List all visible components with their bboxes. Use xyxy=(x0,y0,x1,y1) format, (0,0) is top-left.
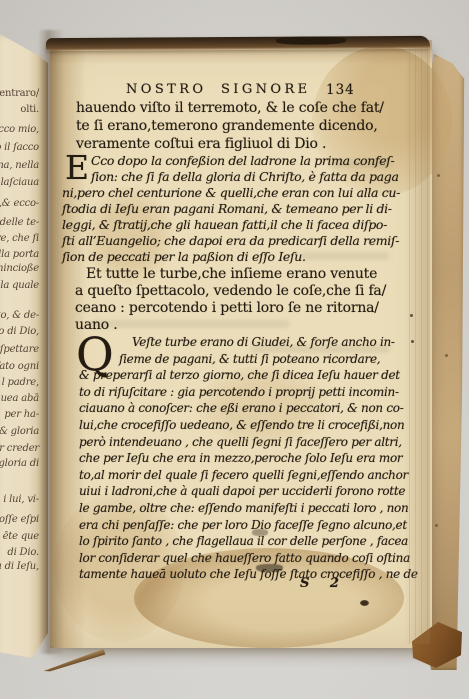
verso-fragment: della quale xyxy=(0,280,39,291)
verso-fragment: i lui, vi- xyxy=(3,494,39,505)
verso-fragment: n laſciaua xyxy=(0,177,39,188)
text-line: uano . xyxy=(75,317,386,334)
text-line: Cco dopo la confeßion del ladrone la pri… xyxy=(62,153,400,169)
signature-mark: S 2 xyxy=(300,576,340,591)
text-line: to,al morir del quale ſi fecero quelli ſ… xyxy=(79,467,418,484)
text-line: ciauano à conoſcer: che eßi erano i pecc… xyxy=(79,400,418,417)
verso-fragment: olti. xyxy=(20,104,39,115)
verso-fragment: o il ſacco xyxy=(0,142,39,153)
text-line: le gambe, oltre che: eſſendo manifeſti i… xyxy=(79,500,418,517)
speck xyxy=(435,524,438,527)
verso-fragment: di Dio. xyxy=(7,547,39,558)
verso-fragment: aſpettare xyxy=(0,344,39,355)
text-line: to di riſuſcitare : gia percotendo i pro… xyxy=(79,384,418,401)
text-line: Et tutte le turbe,che inſieme erano venu… xyxy=(75,266,386,283)
verso-fragment: per ha- xyxy=(4,409,39,420)
paragraph: Cco dopo la confeßion del ladrone la pri… xyxy=(62,153,400,265)
text-line: però intendeuano , che quelli ſegni ſi f… xyxy=(79,434,418,451)
facing-page-edge: entraro/ olti. ſacco mio, o il ſacco ona… xyxy=(0,28,48,658)
speck xyxy=(437,174,440,177)
text-line: te ſi erano,temerono grandemente dicendo… xyxy=(76,117,384,135)
text-line: veramente coſtui era figliuol di Dio . xyxy=(76,135,384,153)
verso-fragment: ſacco mio, xyxy=(0,124,39,135)
text-line: lor conſiderar quel che haueſſero fatto … xyxy=(79,550,418,567)
text-line: che per Ieſu che era in mezzo,peroche ſo… xyxy=(79,450,418,467)
page-text: NOSTRO SIGNORE 134 hauendo viſto il terr… xyxy=(50,40,432,648)
text-line: tamente haueā uoluto che Ieſu foſſe ſtat… xyxy=(79,566,418,583)
verso-fragment: ſſato ogni xyxy=(0,361,39,372)
text-line: a queſto ſpettacolo, vedendo le coſe,che… xyxy=(75,283,386,300)
verso-fragment: per creder xyxy=(0,443,39,454)
text-line: ceano : percotendo i petti loro ſe ne ri… xyxy=(75,300,386,317)
verso-fragment: ona, nella xyxy=(0,160,39,171)
verso-fragment: l padre, xyxy=(2,377,39,388)
verso-fragment: entraro/ xyxy=(0,88,39,99)
verso-fragment: à gloria di xyxy=(0,458,39,469)
text-line: Veſte turbe erano di Giudei, & forſe anc… xyxy=(79,334,418,351)
verso-fragment: olo di Dio, xyxy=(0,326,39,337)
verso-fragment: oſſe eſpi xyxy=(0,514,39,525)
text-line: ſtodia di Ieſu eran pagani Romani, & tem… xyxy=(62,201,400,217)
verso-fragment: dalla porta xyxy=(0,249,39,260)
running-header: NOSTRO SIGNORE xyxy=(126,82,311,97)
text-line: ſion de peccati per la paßion di eſſo Ie… xyxy=(62,249,400,265)
verso-fragment: comincioße xyxy=(0,263,39,274)
book-page: NOSTRO SIGNORE 134 hauendo viſto il terr… xyxy=(50,40,432,648)
paragraph: Et tutte le turbe,che inſieme erano venu… xyxy=(75,266,386,334)
text-line: lo ſpirito ſanto , che flagellaua il cor… xyxy=(79,533,418,550)
fiber-twig xyxy=(43,649,106,673)
book-top-edge xyxy=(46,36,430,51)
paragraph: Veſte turbe erano di Giudei, & forſe anc… xyxy=(79,334,418,583)
verso-fragment: ia di Ieſu, xyxy=(0,561,39,572)
text-line: ſieme de pagani, & tutti ſi poteano rico… xyxy=(79,351,418,368)
text-line: lui,che crocefiſſo uedeano, & eſſendo tr… xyxy=(79,417,418,434)
verso-fragment: & gloria xyxy=(0,426,39,437)
verso-fragment: ēte que xyxy=(3,531,39,542)
verso-fragment: tre, che ſi xyxy=(0,233,39,244)
text-line: ſion: che ſi fa della gloria di Chriſto,… xyxy=(62,169,400,185)
text-line: uiui i ladroni,che à quali dapoi per ucc… xyxy=(79,483,418,500)
verso-fragment: ato, & de- xyxy=(0,310,39,321)
paragraph: hauendo viſto il terremoto, & le coſe ch… xyxy=(76,99,384,153)
speck xyxy=(445,354,448,357)
text-line: ni,pero chel centurione & quelli,che era… xyxy=(62,185,400,201)
text-line: leggi, & ſtratij,che gli hauean fatti,il… xyxy=(62,217,400,233)
book-photograph: entraro/ olti. ſacco mio, o il ſacco ona… xyxy=(0,0,469,699)
text-line: & preperarſi al terzo giorno, che ſi dic… xyxy=(79,367,418,384)
verso-fragment: hauea abā xyxy=(0,393,39,404)
verso-fragment: delle te- xyxy=(0,217,39,228)
text-line: ſti all’Euangelio; che dapoi era da pred… xyxy=(62,233,400,249)
text-line: hauendo viſto il terremoto, & le coſe ch… xyxy=(76,99,384,117)
folio-number: 134 xyxy=(326,82,355,98)
text-line: era chi penſaſſe: che per loro Dio faceſ… xyxy=(79,517,418,534)
verso-fragment: ,& ecco- xyxy=(0,198,39,209)
